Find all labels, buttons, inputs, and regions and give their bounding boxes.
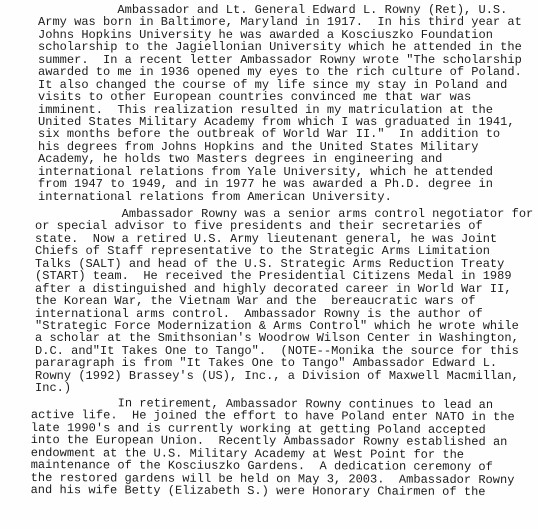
document-page: Ambassador and Lt. General Edward L. Row… bbox=[0, 0, 538, 529]
text-line: visits to other European countries convi… bbox=[38, 91, 522, 103]
text-line: a scholar at the Smithsonian's Woodrow W… bbox=[35, 332, 533, 344]
text-line: international relations from American Un… bbox=[38, 191, 522, 203]
text-line: awarded to me in 1936 opened my eyes to … bbox=[38, 66, 522, 78]
paragraph-arms-control-career: Ambassador Rowny was a senior arms contr… bbox=[35, 208, 533, 395]
text-line: or special advisor to five presidents an… bbox=[35, 220, 533, 232]
text-line: Rowny (1992) Brassey's (US), Inc., a Div… bbox=[35, 370, 533, 382]
paragraph-early-life: Ambassador and Lt. General Edward L. Row… bbox=[38, 4, 522, 203]
text-line: Chiefs of Staff representative to the St… bbox=[35, 245, 533, 257]
text-line: Inc.) bbox=[35, 382, 533, 394]
text-line: (START) team. He received the Presidenti… bbox=[35, 270, 533, 282]
text-line: scholarship to the Jagiellonian Universi… bbox=[38, 41, 522, 53]
text-line: pararagraph is from "It Takes One to Tan… bbox=[35, 357, 533, 369]
text-line: and his wife Betty (Elizabeth S.) were H… bbox=[31, 484, 515, 499]
text-line: Army was born in Baltimore, Maryland in … bbox=[38, 16, 522, 28]
text-line: the Korean War, the Vietnam War and the … bbox=[35, 295, 533, 307]
text-line: six months before the outbreak of World … bbox=[38, 128, 522, 140]
text-line: from 1947 to 1949, and in 1977 he was aw… bbox=[38, 178, 522, 190]
paragraph-retirement: In retirement, Ambassador Rowny continue… bbox=[31, 397, 515, 499]
text-line: Academy, he holds two Masters degrees in… bbox=[38, 153, 522, 165]
